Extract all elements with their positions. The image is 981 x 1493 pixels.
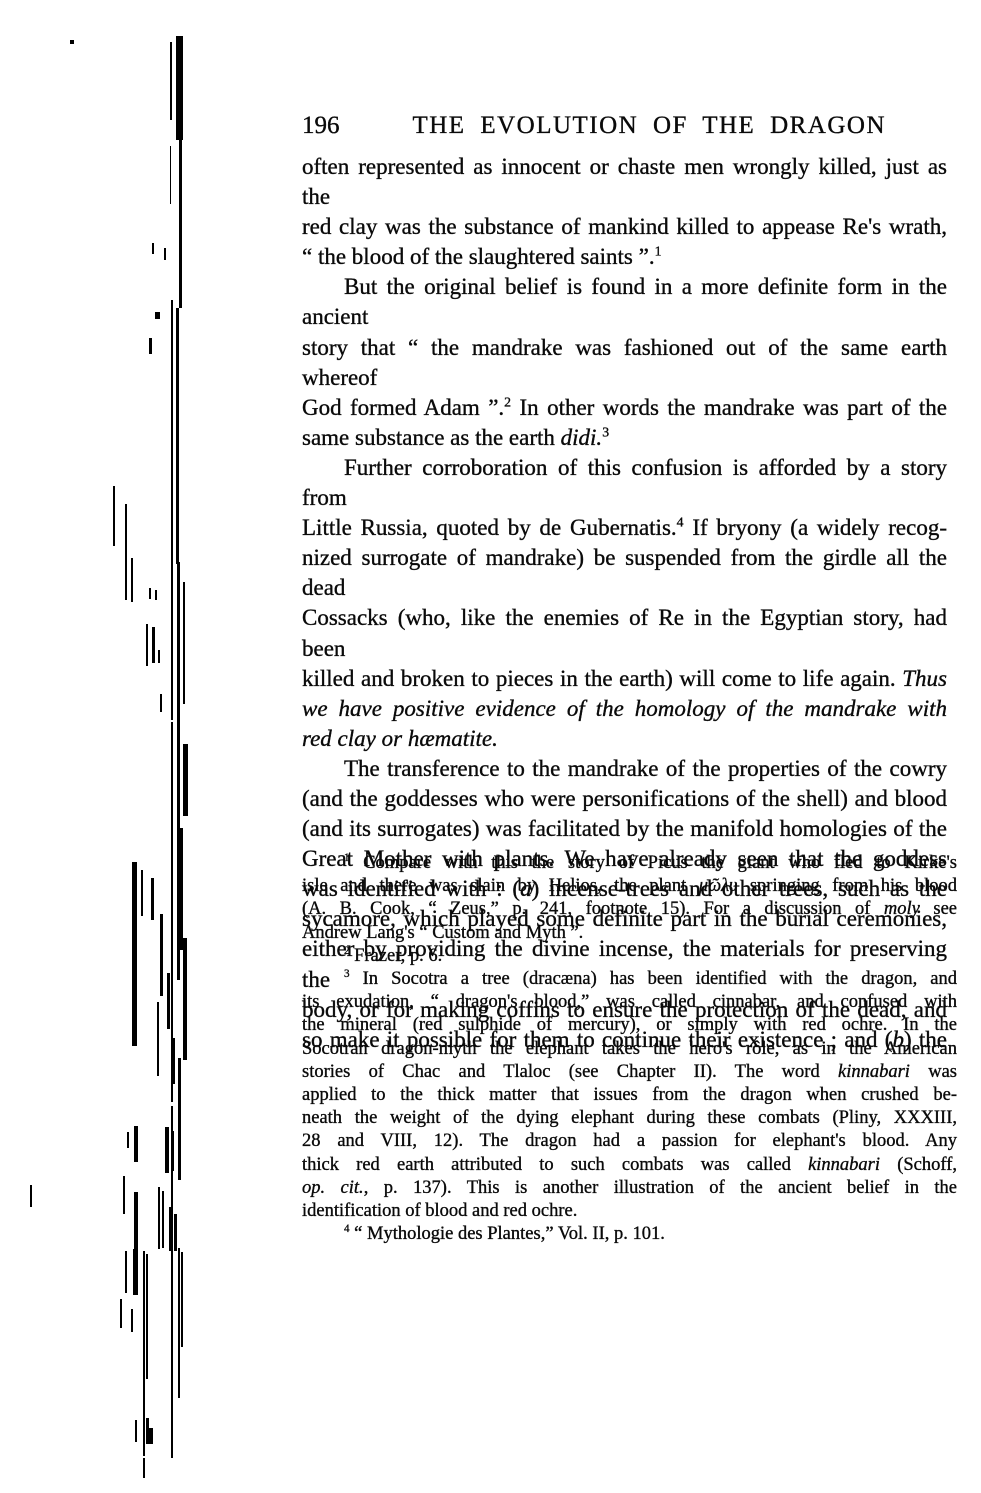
scan-artifact xyxy=(170,146,171,204)
text-segment: killed and broken to pieces in the earth… xyxy=(302,666,902,691)
text-segment: μῶλυ xyxy=(699,876,738,896)
scan-artifact xyxy=(141,870,143,916)
text-segment: Socotran dragon-myth the elephant takes … xyxy=(302,1039,957,1059)
text-segment: isle and there was slain by Helios, the … xyxy=(302,876,699,896)
footnote: 4 “ Mythologie des Plantes,” Vol. II, p.… xyxy=(302,1223,957,1246)
text-segment: moly xyxy=(884,899,920,919)
text-segment: (and the goddesses who were personificat… xyxy=(302,786,947,811)
text-line: applied to the thick matter that issues … xyxy=(302,1084,957,1107)
text-segment: God formed Adam ”. xyxy=(302,395,504,420)
text-segment: the mineral (red sulphide of mercury), o… xyxy=(302,1015,957,1035)
scan-artifact xyxy=(171,300,173,720)
text-segment: stories of Chac and Tlaloc (see Chapter … xyxy=(302,1062,838,1082)
scan-artifact xyxy=(143,1251,145,1456)
text-segment: “ Mythologie des Plantes,” Vol. II, p. 1… xyxy=(350,1224,665,1244)
text-line: “ the blood of the slaughtered saints ”.… xyxy=(302,242,947,272)
scan-artifact xyxy=(160,914,163,996)
scan-artifact xyxy=(162,1191,164,1248)
scan-artifact xyxy=(146,1254,148,1379)
text-line: 4 “ Mythologie des Plantes,” Vol. II, p.… xyxy=(302,1223,957,1246)
text-segment: In Socotra a tree (dracæna) has been ide… xyxy=(350,969,957,989)
scan-artifact xyxy=(183,744,188,816)
text-line: stories of Chac and Tlaloc (see Chapter … xyxy=(302,1061,957,1084)
text-segment: Further corroboration of this confusion … xyxy=(302,455,947,510)
scan-artifact xyxy=(149,338,152,354)
scan-artifact xyxy=(149,588,151,599)
scan-artifact xyxy=(143,1458,145,1478)
text-line: its exudation, “ dragon's blood,” was ca… xyxy=(302,991,957,1014)
footnote: 3 In Socotra a tree (dracæna) has been i… xyxy=(302,968,957,1223)
text-segment: The transference to the mandrake of the … xyxy=(344,756,947,781)
text-line: the mineral (red sulphide of mercury), o… xyxy=(302,1014,957,1037)
scan-artifact xyxy=(131,558,133,602)
text-line: (and its surrogates) was facilitated by … xyxy=(302,814,947,844)
text-segment: Andrew Lang's “ Custom and Myth ”. xyxy=(302,923,583,943)
scan-artifact xyxy=(158,650,160,663)
scan-artifact xyxy=(164,248,166,260)
text-line: 3 In Socotra a tree (dracæna) has been i… xyxy=(302,968,957,991)
scan-artifact xyxy=(134,1126,138,1162)
text-segment: , p. 137). This is another illustration … xyxy=(364,1178,957,1198)
text-line: 2 Frazer, p. 6. xyxy=(302,945,957,968)
text-line: Further corroboration of this confusion … xyxy=(302,453,947,513)
text-line: neath the weight of the dying elephant d… xyxy=(302,1107,957,1130)
text-segment: red clay was the substance of mankind ki… xyxy=(302,214,947,239)
text-segment: (and its surrogates) was facilitated by … xyxy=(302,816,947,841)
footnote-marker: 1 xyxy=(655,244,662,259)
scan-artifact xyxy=(181,1252,183,1347)
scan-artifact xyxy=(132,862,137,1046)
text-segment: Compare with this the story of Picus the… xyxy=(350,853,957,873)
footnote-marker: 3 xyxy=(602,424,609,439)
text-segment: In other words the mandrake was part of … xyxy=(511,395,947,420)
text-line: thick red earth attributed to such comba… xyxy=(302,1154,957,1177)
text-segment: we have positive evidence of the homolog… xyxy=(302,696,947,721)
text-segment: “ the blood of the slaughtered saints ”. xyxy=(302,244,655,269)
scan-artifact xyxy=(169,1207,172,1251)
text-segment: (Schoff, xyxy=(880,1155,957,1175)
text-line: 28 and VIII, 12). The dragon had a passi… xyxy=(302,1130,957,1153)
text-segment: But the original belief is found in a mo… xyxy=(302,274,947,329)
scan-artifact xyxy=(178,1058,181,1180)
text-segment: red clay or hæmatite. xyxy=(302,726,498,751)
text-line: nized surrogate of mandrake) be suspende… xyxy=(302,543,947,603)
scan-artifact xyxy=(171,1131,174,1171)
scan-artifact xyxy=(174,1214,177,1251)
footnote: 1 Compare with this the story of Picus t… xyxy=(302,852,957,945)
text-line: Andrew Lang's “ Custom and Myth ”. xyxy=(302,922,957,945)
scan-artifact xyxy=(70,40,74,44)
text-line: Socotran dragon-myth the elephant takes … xyxy=(302,1038,957,1061)
scan-artifact xyxy=(155,590,157,600)
text-line: The transference to the mandrake of the … xyxy=(302,754,947,784)
scan-artifact xyxy=(155,312,160,319)
scan-artifact xyxy=(149,1428,153,1444)
page-header: 196 THE EVOLUTION OF THE DRAGON xyxy=(302,112,947,140)
scan-artifact xyxy=(120,1299,122,1328)
text-segment: op. cit. xyxy=(302,1178,364,1198)
text-segment: applied to the thick matter that issues … xyxy=(302,1085,957,1105)
scan-artifact xyxy=(123,1176,125,1214)
scan-artifact xyxy=(167,973,170,1029)
footnotes-section: 1 Compare with this the story of Picus t… xyxy=(302,852,957,1246)
book-page: 196 THE EVOLUTION OF THE DRAGON often re… xyxy=(0,0,981,1493)
text-segment: didi. xyxy=(561,425,603,450)
body-paragraph: Further corroboration of this confusion … xyxy=(302,453,947,754)
text-line: story that “ the mandrake was fashioned … xyxy=(302,333,947,393)
text-segment: kinnabari xyxy=(808,1155,880,1175)
scan-artifact xyxy=(180,828,183,950)
scan-artifact xyxy=(176,308,179,564)
body-paragraph: often represented as innocent or chaste … xyxy=(302,152,947,272)
text-line: red clay was the substance of mankind ki… xyxy=(302,212,947,242)
text-line: op. cit., p. 137). This is another illus… xyxy=(302,1177,957,1200)
scan-artifact xyxy=(127,1132,129,1148)
text-line: isle and there was slain by Helios, the … xyxy=(302,875,957,898)
scan-artifact xyxy=(151,878,154,920)
scan-artifact xyxy=(125,504,127,600)
text-line: (and the goddesses who were personificat… xyxy=(302,784,947,814)
page-number: 196 xyxy=(302,112,340,140)
scan-artifact xyxy=(131,1309,133,1332)
text-segment: If bryony (a widely recog- xyxy=(684,515,947,540)
scan-artifact xyxy=(125,1251,127,1293)
text-line: But the original belief is found in a mo… xyxy=(302,272,947,332)
scan-artifact xyxy=(170,42,172,120)
text-segment: same substance as the earth xyxy=(302,425,561,450)
text-segment: kinnabari xyxy=(838,1062,910,1082)
scan-artifact xyxy=(146,624,148,666)
text-segment: Cossacks (who, like the enemies of Re in… xyxy=(302,605,947,660)
scan-artifact xyxy=(178,1248,180,1398)
scan-artifact xyxy=(183,938,187,1060)
scan-artifact xyxy=(165,1127,169,1173)
text-line: 1 Compare with this the story of Picus t… xyxy=(302,852,957,875)
text-line: often represented as innocent or chaste … xyxy=(302,152,947,212)
scan-artifact xyxy=(30,1185,32,1207)
text-segment: story that “ the mandrake was fashioned … xyxy=(302,335,947,390)
footnote: 2 Frazer, p. 6. xyxy=(302,945,957,968)
text-segment: identification of blood and red ochre. xyxy=(302,1201,577,1221)
text-line: killed and broken to pieces in the earth… xyxy=(302,664,947,694)
scan-artifact xyxy=(176,36,183,140)
text-line: same substance as the earth didi.3 xyxy=(302,423,947,453)
scan-artifact xyxy=(158,1187,160,1249)
text-line: we have positive evidence of the homolog… xyxy=(302,694,947,724)
text-line: God formed Adam ”.2 In other words the m… xyxy=(302,393,947,423)
text-segment: thick red earth attributed to such comba… xyxy=(302,1155,808,1175)
footnote-marker: 4 xyxy=(677,514,684,529)
text-segment: often represented as innocent or chaste … xyxy=(302,154,947,209)
running-title: THE EVOLUTION OF THE DRAGON xyxy=(340,112,948,140)
scan-artifact xyxy=(160,694,162,712)
scan-artifact xyxy=(183,582,185,704)
text-line: Cossacks (who, like the enemies of Re in… xyxy=(302,603,947,663)
scan-artifact xyxy=(152,627,155,663)
text-segment: (A. B. Cook, “ Zeus,” p. 241, footnote 1… xyxy=(302,899,884,919)
text-line: identification of blood and red ochre. xyxy=(302,1200,957,1223)
text-segment: 28 and VIII, 12). The dragon had a passi… xyxy=(302,1131,957,1151)
scan-artifact xyxy=(172,1038,175,1084)
text-line: red clay or hæmatite. xyxy=(302,724,947,754)
text-segment: Frazer, p. 6. xyxy=(350,946,443,966)
scan-artifact xyxy=(134,1192,138,1252)
text-segment: see xyxy=(920,899,957,919)
scan-artifact xyxy=(113,486,115,546)
text-segment: was xyxy=(910,1062,957,1082)
text-line: (A. B. Cook, “ Zeus,” p. 241, footnote 1… xyxy=(302,898,957,921)
scan-artifact xyxy=(152,243,154,254)
text-segment: neath the weight of the dying elephant d… xyxy=(302,1108,957,1128)
text-segment: Thus xyxy=(902,666,947,691)
text-segment: Little Russia, quoted by de Gubernatis. xyxy=(302,515,677,540)
scan-artifact xyxy=(135,1420,137,1442)
text-segment: nized surrogate of mandrake) be suspende… xyxy=(302,545,947,600)
text-line: Little Russia, quoted by de Gubernatis.4… xyxy=(302,513,947,543)
body-paragraph: But the original belief is found in a mo… xyxy=(302,272,947,453)
text-segment: springing from his blood xyxy=(737,876,957,896)
scan-artifact xyxy=(133,1249,138,1295)
scan-artifact xyxy=(157,1002,159,1076)
text-segment: its exudation, “ dragon's blood,” was ca… xyxy=(302,992,957,1012)
scan-artifact xyxy=(179,140,182,308)
